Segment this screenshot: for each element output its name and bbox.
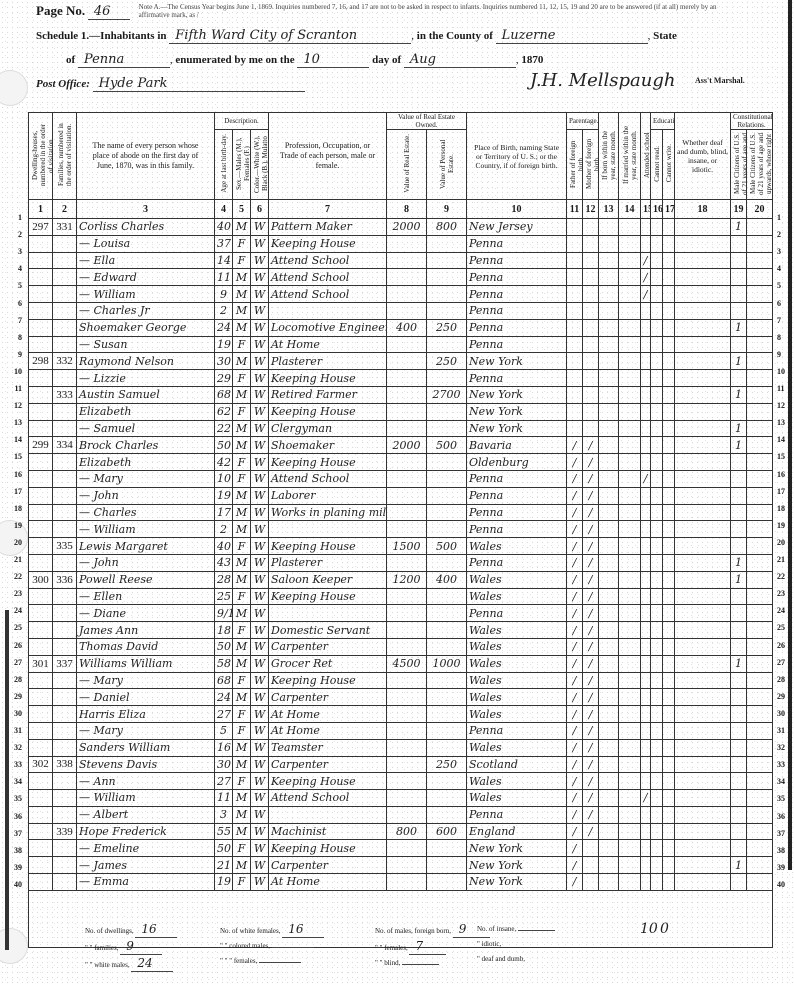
cell-f20 bbox=[747, 219, 773, 236]
cell-occupation bbox=[269, 521, 387, 538]
cell-empty bbox=[675, 319, 731, 336]
cell-birthplace: Wales bbox=[467, 638, 567, 655]
cell-occupation: Attend School bbox=[269, 269, 387, 286]
cell-f19: 1 bbox=[731, 319, 747, 336]
cell-empty bbox=[651, 790, 663, 807]
cell-f11 bbox=[567, 252, 583, 269]
column-number-15: 15 bbox=[641, 200, 651, 219]
column-number-6: 6 bbox=[251, 200, 269, 219]
cell-empty bbox=[619, 538, 641, 555]
cell-dwelling bbox=[29, 622, 53, 639]
cell-empty bbox=[663, 386, 675, 403]
cell-personal: 600 bbox=[427, 823, 467, 840]
cell-f19: 1 bbox=[731, 554, 747, 571]
cell-personal bbox=[427, 588, 467, 605]
line-number-right: 8 bbox=[777, 333, 781, 342]
cell-f20 bbox=[747, 302, 773, 319]
cell-sex: M bbox=[233, 790, 251, 807]
cell-birthplace: Penna bbox=[467, 286, 567, 303]
day-field: 10 bbox=[297, 52, 369, 68]
cell-empty bbox=[651, 655, 663, 672]
instruction-note: Note A.—The Census Year begins June 1, 1… bbox=[139, 3, 739, 19]
cell-empty bbox=[675, 588, 731, 605]
cell-real bbox=[387, 235, 427, 252]
cell-f15 bbox=[641, 504, 651, 521]
cell-f15: / bbox=[641, 269, 651, 286]
cell-empty bbox=[663, 219, 675, 236]
line-number-left: 35 bbox=[4, 794, 22, 803]
cell-empty bbox=[599, 806, 619, 823]
cell-real: 1500 bbox=[387, 538, 427, 555]
cell-real bbox=[387, 252, 427, 269]
cell-empty bbox=[651, 588, 663, 605]
cell-empty bbox=[663, 706, 675, 723]
cell-family bbox=[53, 454, 77, 471]
cell-f15 bbox=[641, 454, 651, 471]
cell-color: W bbox=[251, 638, 269, 655]
cell-age: 19 bbox=[215, 874, 233, 891]
cell-family bbox=[53, 336, 77, 353]
cell-empty bbox=[619, 857, 641, 874]
cell-occupation: Locomotive Engineer bbox=[269, 319, 387, 336]
cell-age: 11 bbox=[215, 269, 233, 286]
column-number-20: 20 bbox=[747, 200, 773, 219]
cell-f11: / bbox=[567, 672, 583, 689]
cell-occupation: Keeping House bbox=[269, 403, 387, 420]
cell-family bbox=[53, 370, 77, 387]
table-row: — Charles17MWWorks in planing millPenna/… bbox=[29, 504, 773, 521]
cell-sex: F bbox=[233, 403, 251, 420]
cell-empty bbox=[651, 538, 663, 555]
cell-empty bbox=[651, 219, 663, 236]
cell-f12: / bbox=[583, 437, 599, 454]
cell-f19 bbox=[731, 773, 747, 790]
cell-occupation: Attend School bbox=[269, 286, 387, 303]
cell-empty bbox=[675, 790, 731, 807]
cell-f15 bbox=[641, 756, 651, 773]
column-number-3: 3 bbox=[77, 200, 215, 219]
cell-personal bbox=[427, 622, 467, 639]
cell-empty bbox=[599, 790, 619, 807]
cell-f11 bbox=[567, 386, 583, 403]
cell-f15 bbox=[641, 638, 651, 655]
line-number-right: 35 bbox=[777, 794, 785, 803]
cell-family bbox=[53, 269, 77, 286]
cell-empty bbox=[663, 353, 675, 370]
cell-f12: / bbox=[583, 638, 599, 655]
cell-empty bbox=[651, 420, 663, 437]
cell-real bbox=[387, 689, 427, 706]
cell-empty bbox=[599, 370, 619, 387]
line-number-left: 32 bbox=[4, 743, 22, 752]
cell-dwelling: 299 bbox=[29, 437, 53, 454]
cell-dwelling bbox=[29, 790, 53, 807]
cell-empty bbox=[663, 638, 675, 655]
foreign-females-label: " " females, bbox=[375, 944, 408, 952]
cell-f11 bbox=[567, 219, 583, 236]
cell-occupation: Keeping House bbox=[269, 588, 387, 605]
census-table: Dwelling-houses, numbered in the order o… bbox=[28, 112, 773, 948]
page-number: 46 bbox=[88, 4, 130, 20]
cell-personal bbox=[427, 554, 467, 571]
cell-occupation: Domestic Servant bbox=[269, 622, 387, 639]
cell-empty bbox=[619, 605, 641, 622]
line-number-right: 37 bbox=[777, 829, 785, 838]
line-number-right: 19 bbox=[777, 521, 785, 530]
cell-empty bbox=[619, 470, 641, 487]
cell-sex: F bbox=[233, 672, 251, 689]
cell-f11: / bbox=[567, 588, 583, 605]
cell-occupation: Laborer bbox=[269, 487, 387, 504]
cell-birthplace: Scotland bbox=[467, 756, 567, 773]
cell-empty bbox=[651, 857, 663, 874]
table-row: 333Austin Samuel68MWRetired Farmer2700Ne… bbox=[29, 386, 773, 403]
cell-empty bbox=[651, 806, 663, 823]
cell-sex: M bbox=[233, 386, 251, 403]
cell-real bbox=[387, 790, 427, 807]
cell-empty bbox=[651, 504, 663, 521]
cell-color: W bbox=[251, 521, 269, 538]
cell-f15 bbox=[641, 806, 651, 823]
cell-empty bbox=[619, 286, 641, 303]
line-number-left: 27 bbox=[4, 658, 22, 667]
cell-empty bbox=[619, 773, 641, 790]
cell-empty bbox=[663, 403, 675, 420]
table-row: 298332Raymond Nelson30MWPlasterer250New … bbox=[29, 353, 773, 370]
cell-empty bbox=[619, 874, 641, 891]
cell-empty bbox=[675, 689, 731, 706]
cell-empty bbox=[599, 655, 619, 672]
table-row: 297331Corliss Charles40MWPattern Maker20… bbox=[29, 219, 773, 236]
cell-empty bbox=[599, 554, 619, 571]
cell-f12 bbox=[583, 386, 599, 403]
cell-empty bbox=[619, 571, 641, 588]
cell-age: 40 bbox=[215, 219, 233, 236]
cell-family: 334 bbox=[53, 437, 77, 454]
cell-birthplace: Penna bbox=[467, 235, 567, 252]
cell-dwelling bbox=[29, 269, 53, 286]
cell-dwelling: 297 bbox=[29, 219, 53, 236]
families-label: " " families, bbox=[85, 944, 119, 952]
deaf-label: " deaf and dumb, bbox=[477, 955, 525, 963]
county-label: in the County of bbox=[417, 30, 493, 42]
cell-f12: / bbox=[583, 773, 599, 790]
cell-empty bbox=[663, 504, 675, 521]
col-header-16: Cannot read. bbox=[651, 130, 663, 200]
cell-age: 42 bbox=[215, 454, 233, 471]
cell-family bbox=[53, 773, 77, 790]
cell-f20 bbox=[747, 874, 773, 891]
cell-empty bbox=[599, 874, 619, 891]
cell-f19 bbox=[731, 840, 747, 857]
cell-empty bbox=[663, 622, 675, 639]
cell-color: W bbox=[251, 235, 269, 252]
day-of-label: day of bbox=[372, 54, 401, 66]
cell-sex: F bbox=[233, 538, 251, 555]
cell-empty bbox=[663, 487, 675, 504]
line-number-right: 24 bbox=[777, 606, 785, 615]
cell-name: Harris Eliza bbox=[77, 706, 215, 723]
cell-empty bbox=[675, 739, 731, 756]
scan-edge-right bbox=[788, 0, 792, 870]
cell-f15 bbox=[641, 420, 651, 437]
cell-dwelling bbox=[29, 823, 53, 840]
line-number-left: 11 bbox=[4, 384, 22, 393]
col-header-7: Profession, Occupation, or Trade of each… bbox=[269, 113, 387, 200]
cell-occupation: At Home bbox=[269, 336, 387, 353]
cell-birthplace: Penna bbox=[467, 605, 567, 622]
cell-sex: M bbox=[233, 806, 251, 823]
cell-birthplace: Penna bbox=[467, 302, 567, 319]
cell-dwelling bbox=[29, 470, 53, 487]
cell-empty bbox=[599, 219, 619, 236]
line-number-left: 24 bbox=[4, 606, 22, 615]
cell-name: — Susan bbox=[77, 336, 215, 353]
cell-f15 bbox=[641, 521, 651, 538]
cell-name: Powell Reese bbox=[77, 571, 215, 588]
cell-f15 bbox=[641, 622, 651, 639]
cell-color: W bbox=[251, 655, 269, 672]
cell-real bbox=[387, 454, 427, 471]
cell-f11 bbox=[567, 370, 583, 387]
cell-f15 bbox=[641, 538, 651, 555]
cell-sex: F bbox=[233, 874, 251, 891]
cell-empty bbox=[675, 554, 731, 571]
line-number-right: 33 bbox=[777, 760, 785, 769]
line-number-right: 3 bbox=[777, 247, 781, 256]
cell-f20 bbox=[747, 353, 773, 370]
line-number-right: 9 bbox=[777, 350, 781, 359]
cell-personal: 1000 bbox=[427, 655, 467, 672]
cell-dwelling bbox=[29, 521, 53, 538]
post-office-line: Post Office: Hyde Park bbox=[36, 76, 305, 92]
cell-empty bbox=[599, 269, 619, 286]
cell-f19 bbox=[731, 470, 747, 487]
cell-empty bbox=[663, 739, 675, 756]
cell-birthplace: Wales bbox=[467, 538, 567, 555]
cell-f20 bbox=[747, 655, 773, 672]
cell-age: 18 bbox=[215, 622, 233, 639]
cell-personal bbox=[427, 403, 467, 420]
cell-empty bbox=[663, 269, 675, 286]
cell-occupation: Keeping House bbox=[269, 235, 387, 252]
cell-personal bbox=[427, 235, 467, 252]
line-number-right: 13 bbox=[777, 418, 785, 427]
cell-color: W bbox=[251, 571, 269, 588]
line-number-left: 26 bbox=[4, 641, 22, 650]
cell-color: W bbox=[251, 302, 269, 319]
cell-personal: 250 bbox=[427, 353, 467, 370]
table-row: — Louisa37FWKeeping HousePenna bbox=[29, 235, 773, 252]
cell-empty bbox=[663, 521, 675, 538]
cell-empty bbox=[675, 571, 731, 588]
cell-f19: 1 bbox=[731, 571, 747, 588]
cell-f12: / bbox=[583, 756, 599, 773]
cell-f20 bbox=[747, 386, 773, 403]
cell-empty bbox=[619, 437, 641, 454]
line-number-left: 1 bbox=[4, 213, 22, 222]
cell-f15 bbox=[641, 554, 651, 571]
cell-color: W bbox=[251, 504, 269, 521]
cell-sex: F bbox=[233, 454, 251, 471]
cell-empty bbox=[675, 857, 731, 874]
cell-empty bbox=[599, 521, 619, 538]
cell-empty bbox=[599, 706, 619, 723]
cell-f20 bbox=[747, 403, 773, 420]
cell-empty bbox=[675, 521, 731, 538]
cell-sex: M bbox=[233, 605, 251, 622]
cell-empty bbox=[675, 235, 731, 252]
cell-personal bbox=[427, 874, 467, 891]
cell-f11 bbox=[567, 269, 583, 286]
line-number-right: 21 bbox=[777, 555, 785, 564]
cell-occupation: Keeping House bbox=[269, 538, 387, 555]
cell-sex: F bbox=[233, 252, 251, 269]
cell-dwelling bbox=[29, 420, 53, 437]
cell-age: 68 bbox=[215, 672, 233, 689]
line-number-right: 10 bbox=[777, 367, 785, 376]
cell-empty bbox=[663, 252, 675, 269]
cell-family bbox=[53, 689, 77, 706]
cell-empty bbox=[663, 840, 675, 857]
cell-empty bbox=[599, 823, 619, 840]
cell-f11: / bbox=[567, 655, 583, 672]
cell-real bbox=[387, 638, 427, 655]
cell-f19: 1 bbox=[731, 219, 747, 236]
cell-empty bbox=[619, 454, 641, 471]
cell-f15 bbox=[641, 739, 651, 756]
colored-males-label: " " colored males, bbox=[220, 942, 270, 950]
cell-occupation: Saloon Keeper bbox=[269, 571, 387, 588]
line-number-right: 30 bbox=[777, 709, 785, 718]
cell-name: — John bbox=[77, 554, 215, 571]
cell-age: 68 bbox=[215, 386, 233, 403]
cell-f12 bbox=[583, 319, 599, 336]
cell-name: — Charles bbox=[77, 504, 215, 521]
cell-f20 bbox=[747, 470, 773, 487]
cell-f12: / bbox=[583, 622, 599, 639]
cell-f11: / bbox=[567, 470, 583, 487]
cell-f19 bbox=[731, 672, 747, 689]
cell-empty bbox=[651, 823, 663, 840]
line-number-left: 34 bbox=[4, 777, 22, 786]
cell-birthplace: Penna bbox=[467, 806, 567, 823]
cell-occupation: Attend School bbox=[269, 470, 387, 487]
cell-empty bbox=[663, 319, 675, 336]
cell-dwelling bbox=[29, 487, 53, 504]
cell-f11: / bbox=[567, 857, 583, 874]
line-number-left: 40 bbox=[4, 880, 22, 889]
cell-age: 30 bbox=[215, 756, 233, 773]
cell-personal bbox=[427, 722, 467, 739]
cell-personal: 250 bbox=[427, 756, 467, 773]
line-number-left: 31 bbox=[4, 726, 22, 735]
cell-name: — William bbox=[77, 286, 215, 303]
cell-empty bbox=[675, 840, 731, 857]
cell-f19 bbox=[731, 336, 747, 353]
cell-family bbox=[53, 806, 77, 823]
cell-personal bbox=[427, 638, 467, 655]
cell-empty bbox=[651, 605, 663, 622]
cell-dwelling bbox=[29, 638, 53, 655]
cell-personal bbox=[427, 286, 467, 303]
month-field: Aug bbox=[404, 52, 516, 68]
cell-family: 335 bbox=[53, 538, 77, 555]
line-number-right: 1 bbox=[777, 213, 781, 222]
marshal-label: Ass't Marshal. bbox=[695, 76, 745, 85]
cell-occupation: Attend School bbox=[269, 252, 387, 269]
cell-name: — John bbox=[77, 487, 215, 504]
cell-sex: M bbox=[233, 638, 251, 655]
cell-birthplace: New York bbox=[467, 420, 567, 437]
cell-family bbox=[53, 504, 77, 521]
col-header-11: Father of foreign birth. bbox=[567, 130, 583, 200]
cell-empty bbox=[675, 722, 731, 739]
cell-real bbox=[387, 336, 427, 353]
cell-family bbox=[53, 286, 77, 303]
line-number-right: 25 bbox=[777, 623, 785, 632]
group-education: Education. bbox=[651, 113, 675, 130]
cell-occupation: Keeping House bbox=[269, 370, 387, 387]
cell-empty bbox=[619, 235, 641, 252]
cell-family: 332 bbox=[53, 353, 77, 370]
cell-f15 bbox=[641, 219, 651, 236]
cell-f15 bbox=[641, 605, 651, 622]
line-number-right: 22 bbox=[777, 572, 785, 581]
cell-f19 bbox=[731, 874, 747, 891]
cell-empty bbox=[599, 689, 619, 706]
cell-f11 bbox=[567, 235, 583, 252]
cell-real bbox=[387, 588, 427, 605]
cell-f12 bbox=[583, 874, 599, 891]
cell-f11 bbox=[567, 319, 583, 336]
cell-family: 331 bbox=[53, 219, 77, 236]
cell-real bbox=[387, 302, 427, 319]
cell-f12: / bbox=[583, 823, 599, 840]
cell-real bbox=[387, 874, 427, 891]
line-number-right: 2 bbox=[777, 230, 781, 239]
cell-age: 37 bbox=[215, 235, 233, 252]
cell-age: 10 bbox=[215, 470, 233, 487]
cell-empty bbox=[651, 487, 663, 504]
cell-family bbox=[53, 706, 77, 723]
state-field: Penna bbox=[78, 52, 170, 68]
cell-f11: / bbox=[567, 790, 583, 807]
cell-personal bbox=[427, 269, 467, 286]
cell-empty bbox=[651, 554, 663, 571]
line-number-right: 38 bbox=[777, 846, 785, 855]
line-number-left: 29 bbox=[4, 692, 22, 701]
cell-age: 27 bbox=[215, 773, 233, 790]
cell-real bbox=[387, 706, 427, 723]
cell-empty bbox=[675, 773, 731, 790]
foreign-males-label: No. of males, foreign born, bbox=[375, 927, 451, 935]
cell-empty bbox=[663, 790, 675, 807]
cell-empty bbox=[619, 672, 641, 689]
cell-color: W bbox=[251, 857, 269, 874]
cell-age: 62 bbox=[215, 403, 233, 420]
of-label: of bbox=[66, 54, 75, 66]
col-header-13: If born within the year, state month. bbox=[599, 113, 619, 200]
cell-age: 55 bbox=[215, 823, 233, 840]
cell-f15 bbox=[641, 487, 651, 504]
white-males-count: 24 bbox=[131, 956, 173, 972]
table-row: — Daniel24MWCarpenterWales// bbox=[29, 689, 773, 706]
cell-f12 bbox=[583, 269, 599, 286]
colored-females-label: " " " females, bbox=[220, 957, 257, 965]
line-number-left: 33 bbox=[4, 760, 22, 769]
cell-f11 bbox=[567, 302, 583, 319]
